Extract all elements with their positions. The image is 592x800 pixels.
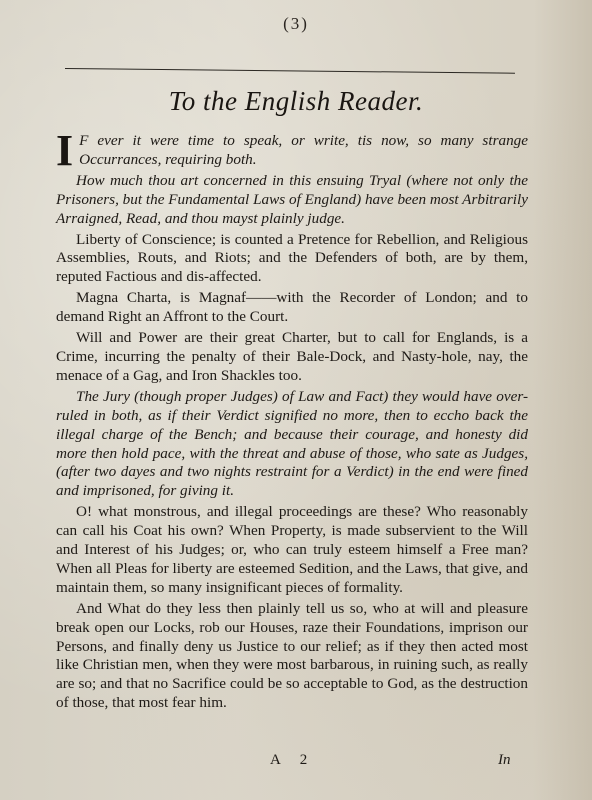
page-number: (3) bbox=[0, 14, 592, 34]
paragraph-8: And What do they less then plainly tell … bbox=[56, 600, 528, 713]
paragraph-3: Liberty of Conscience; is counted a Pret… bbox=[56, 231, 528, 288]
paragraph-6: The Jury (though proper Judges) of Law a… bbox=[56, 388, 528, 501]
signature-mark: A 2 bbox=[270, 752, 315, 769]
paragraph-1: IF ever it were time to speak, or write,… bbox=[56, 132, 528, 170]
catchword: In bbox=[498, 752, 511, 769]
header-rule bbox=[65, 68, 515, 74]
paragraph-7: O! what monstrous, and illegal proceedin… bbox=[56, 503, 528, 598]
paragraph-5: Will and Power are their great Charter, … bbox=[56, 329, 528, 386]
paragraph-2: How much thou art concerned in this ensu… bbox=[56, 172, 528, 229]
page-title: To the English Reader. bbox=[0, 86, 592, 117]
paragraph-4: Magna Charta, is Magnaf——with the Record… bbox=[56, 289, 528, 327]
document-page: (3) To the English Reader. IF ever it we… bbox=[0, 0, 592, 800]
drop-cap: I bbox=[56, 134, 79, 168]
body-text: IF ever it were time to speak, or write,… bbox=[56, 132, 528, 715]
